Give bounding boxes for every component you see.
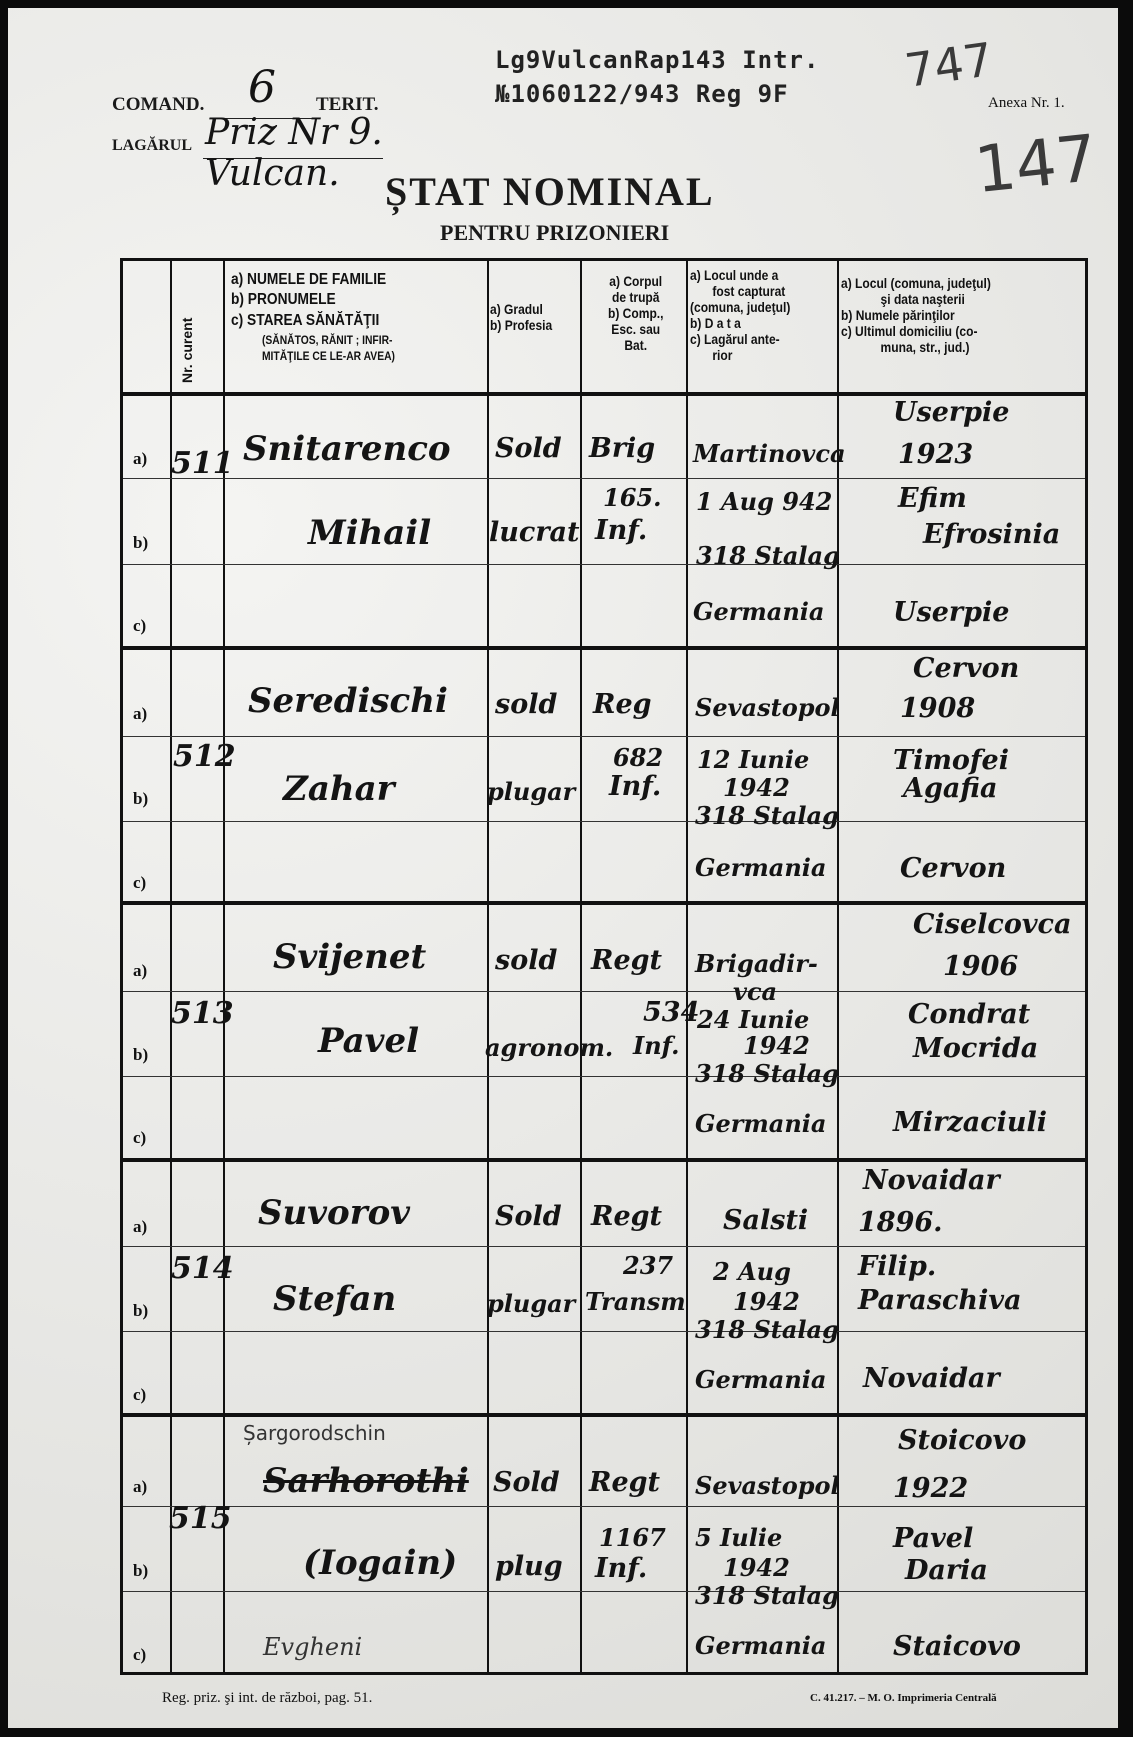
father-name: Condrat [908, 999, 1030, 1030]
row-divider [123, 646, 1085, 650]
col-divider [487, 261, 489, 1672]
last-domicile: Mirzaciuli [893, 1107, 1047, 1138]
grade: sold [495, 945, 557, 976]
surname-correction: Șargorodschin [243, 1421, 386, 1445]
row-divider [123, 1158, 1085, 1162]
previous-camp: 318 Stalag [695, 1315, 839, 1344]
row-divider [123, 901, 1085, 905]
profession: plugar [487, 1289, 575, 1318]
corp-b-number: 165. [603, 483, 661, 512]
sub-row-line [123, 991, 1085, 992]
capture-place: Brigadir- [695, 949, 818, 978]
corp-a: Brig [589, 433, 655, 464]
previous-camp: 318 Stalag [696, 541, 840, 570]
father-name: Timofei [893, 745, 1009, 776]
mother-name: Mocrida [913, 1033, 1038, 1064]
corp-b-number: 534 [643, 997, 699, 1028]
capture-date: 12 Iunie [697, 745, 809, 774]
health-status: Evgheni [263, 1633, 362, 1661]
corp-b-number: 682 [613, 743, 663, 772]
sub-row-line [123, 1076, 1085, 1077]
profession: agronom. [485, 1033, 613, 1062]
last-domicile: Cervon [900, 853, 1006, 884]
previous-camp-country: Germania [695, 1365, 826, 1394]
capture-date: 5 Iulie [695, 1523, 782, 1552]
capture-year: 1942 [743, 1031, 810, 1060]
previous-camp: 318 Stalag [695, 801, 839, 830]
grade: Sold [493, 1467, 560, 1498]
firstname: (Iogain) [303, 1543, 457, 1583]
corp-b-unit: Inf. [609, 771, 661, 802]
sub-row-line [123, 1591, 1085, 1592]
capture-date: 1 Aug 942 [696, 487, 832, 516]
lagarul-label: LAGĂRUL [112, 137, 192, 155]
mother-name: Agafia [903, 773, 997, 804]
capture-date: 24 Iunie [697, 1005, 809, 1034]
surname: Sarhorothi [263, 1461, 469, 1501]
col-divider [686, 261, 688, 1672]
col-divider [580, 261, 582, 1672]
sub-row-line [123, 736, 1085, 737]
corp-b-unit: Inf. [633, 1031, 680, 1060]
col-divider [837, 261, 839, 1672]
corp-a: Regt [589, 1467, 660, 1498]
birth-place: Stoicovo [898, 1425, 1026, 1456]
birth-place: Novaidar [863, 1165, 1000, 1196]
capture-year: 1942 [723, 773, 790, 802]
birth-year: 1896. [858, 1207, 943, 1238]
sub-row-line [123, 1506, 1085, 1507]
comand-value: 6 [248, 62, 276, 113]
sub-row-line [123, 478, 1085, 479]
firstname: Pavel [318, 1021, 419, 1061]
col-header-capture: a) Locul unde a fost capturat (comuna, j… [690, 267, 836, 363]
father-name: Pavel [893, 1523, 973, 1554]
sub-row-line [123, 1246, 1085, 1247]
birth-year: 1922 [893, 1473, 968, 1504]
capture-place: Sevastopol [695, 1471, 840, 1500]
previous-camp: 318 Stalag [695, 1059, 839, 1088]
birth-place: Ciselcovca [913, 909, 1071, 940]
sub-row-line [123, 821, 1085, 822]
previous-camp: 318 Stalag [695, 1581, 839, 1610]
last-domicile: Staicovo [893, 1631, 1021, 1662]
capture-place-cont: vca [733, 977, 777, 1006]
document-subtitle: PENTRU PRIZONIERI [440, 220, 669, 246]
col-header-grade: a) Gradul b) Profesia [490, 301, 576, 333]
comand-label: COMAND. [112, 94, 204, 116]
profession: plug [495, 1551, 563, 1582]
surname: Seredischi [248, 681, 448, 721]
firstname: Zahar [283, 769, 395, 809]
corp-b-unit: Inf. [595, 515, 647, 546]
firstname: Stefan [273, 1279, 396, 1319]
footer-reference: Reg. priz. şi int. de război, pag. 51. [162, 1690, 372, 1707]
surname: Svijenet [273, 937, 426, 977]
row-number: 512 [173, 739, 236, 774]
row-number: 511 [171, 446, 234, 481]
lagarul-field: Priz Nr 9. Vulcan. [203, 140, 383, 159]
surname: Snitarenco [243, 429, 451, 469]
surname: Suvorov [258, 1193, 410, 1233]
prisoners-table: Nr. curent a) NUMELE DE FAMILIE b) PRONU… [120, 258, 1088, 1675]
grade: Sold [495, 1201, 562, 1232]
annex-label: Anexa Nr. 1. [988, 95, 1065, 112]
father-name: Efim [898, 483, 967, 514]
last-domicile: Userpie [893, 597, 1009, 628]
firstname: Mihail [308, 513, 431, 553]
capture-place: Martinovca [693, 439, 846, 468]
capture-year: 1942 [723, 1553, 790, 1582]
row-number: 515 [169, 1501, 232, 1536]
sub-row-line [123, 564, 1085, 565]
birth-year: 1906 [943, 951, 1018, 982]
mother-name: Efrosinia [923, 519, 1060, 550]
corp-a: Regt [591, 1201, 662, 1232]
col-header-birth: a) Locul (comuna, judeţul) şi data naşte… [841, 275, 1082, 355]
sub-row-line [123, 1331, 1085, 1332]
capture-place: Sevastopol [695, 693, 840, 722]
birth-place: Cervon [913, 653, 1019, 684]
previous-camp-country: Germania [695, 1631, 826, 1660]
corp-a: Reg [593, 689, 652, 720]
col-header-nr: Nr. curent [179, 318, 195, 383]
profession: lucrat [489, 517, 580, 548]
lagarul-value: Priz Nr 9. Vulcan. [205, 112, 383, 194]
registry-stamp-line1: Lg9VulcanRap143 Intr. [495, 46, 819, 74]
profession: plugar [487, 777, 575, 806]
footer-printer: C. 41.217. – M. O. Imprimeria Centrală [810, 1692, 997, 1704]
father-name: Filip. [858, 1251, 936, 1282]
row-number: 513 [171, 996, 234, 1031]
corp-b-unit: Inf. [595, 1553, 647, 1584]
last-domicile: Novaidar [863, 1363, 1000, 1394]
birth-year: 1923 [898, 439, 973, 470]
capture-date: 2 Aug [713, 1257, 791, 1286]
page-number-large: 147 [971, 122, 1100, 208]
previous-camp-country: Germania [693, 597, 824, 626]
corp-b-number: 1167 [599, 1523, 666, 1552]
grade: sold [495, 689, 557, 720]
birth-place: Userpie [893, 397, 1009, 428]
corp-b-number: 237 [623, 1251, 673, 1280]
grade: Sold [495, 433, 562, 464]
col-header-corp: a) Corpul de trupă b) Comp., Esc. sau Ba… [585, 273, 686, 353]
row-number: 514 [171, 1251, 234, 1286]
birth-year: 1908 [900, 693, 975, 724]
previous-camp-country: Germania [695, 853, 826, 882]
capture-year: 1942 [733, 1287, 800, 1316]
mother-name: Daria [905, 1555, 988, 1586]
document-title: ȘTAT NOMINAL [385, 168, 715, 215]
row-divider [123, 1413, 1085, 1417]
corp-b-unit: Transm [585, 1287, 686, 1316]
mother-name: Paraschiva [858, 1285, 1022, 1316]
registry-stamp-line2: №1060122/943 Reg 9F [495, 80, 789, 108]
capture-place: Salsti [723, 1205, 808, 1236]
previous-camp-country: Germania [695, 1109, 826, 1138]
col-header-name: a) NUMELE DE FAMILIE b) PRONUMELE c) STA… [231, 270, 480, 364]
header-divider [123, 392, 1085, 396]
corp-a: Regt [591, 945, 662, 976]
